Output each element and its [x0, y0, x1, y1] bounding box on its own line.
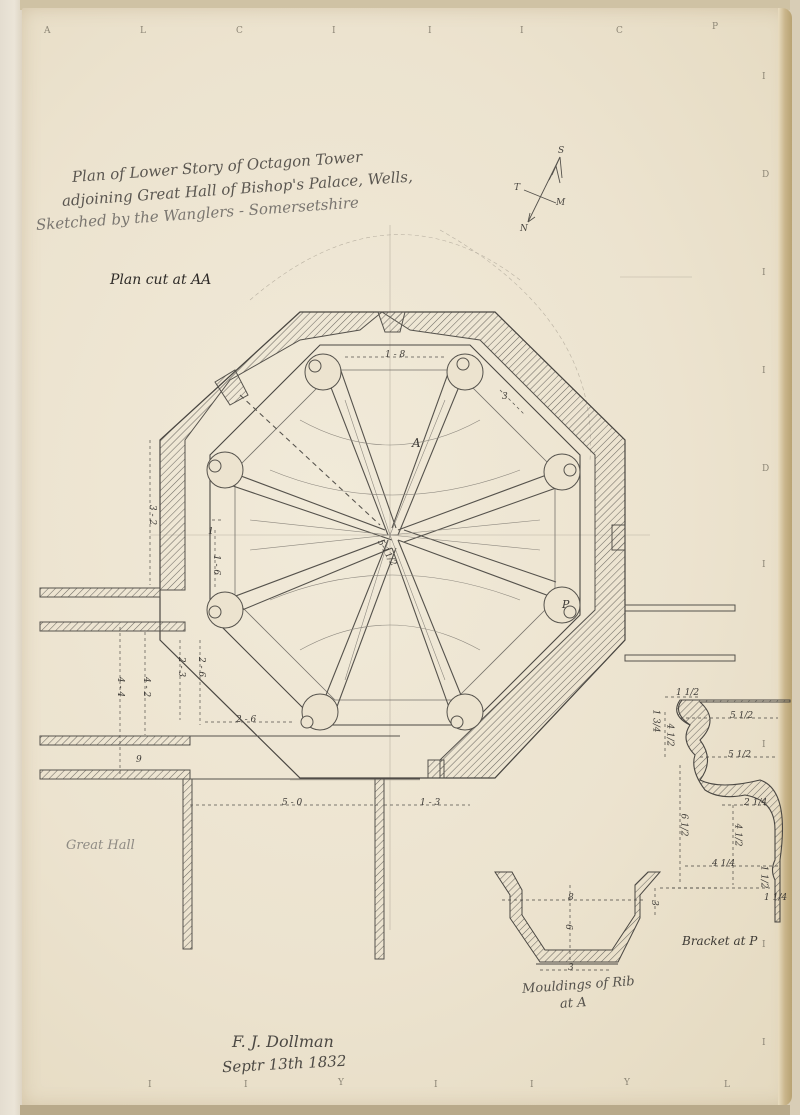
dim-bottom-left-span: 5 - 0 [282, 798, 302, 808]
bracket-dim-top: 1 1/2 [676, 688, 699, 698]
great-hall-label: Great Hall [66, 838, 135, 853]
bracket-dim-span-4: 4 1/4 [712, 859, 735, 869]
vault-ribs [225, 368, 560, 712]
margin-mark-right: I [762, 740, 766, 750]
margin-mark-bottom: I [148, 1080, 152, 1090]
dim-left-lower-b: 4 - 2 [141, 677, 151, 697]
margin-mark-top: I [428, 26, 432, 36]
bracket-profile [665, 697, 790, 922]
margin-mark-right: I [762, 1038, 766, 1048]
signature: F. J. Dollman [232, 1032, 334, 1051]
compass-rose-icon [524, 157, 562, 222]
margin-mark-bottom: I [244, 1080, 248, 1090]
bracket-dim-span-1: 5 1/2 [730, 711, 753, 721]
dim-left-inner-small: 1 [208, 527, 214, 537]
rib-dim-side: 3 [649, 900, 659, 906]
section-marker-a: A [412, 436, 421, 450]
rib-dim-height: 6 [563, 924, 573, 930]
margin-mark-top: I [520, 26, 524, 36]
plan-caption: Plan cut at AA [110, 272, 211, 288]
bracket-dim-inner-height: 4 1/2 [733, 823, 743, 846]
dim-left-lower-d: 2 - 6 [196, 657, 206, 677]
margin-mark-bottom: Y [624, 1078, 630, 1088]
compass-label-top: S [558, 146, 564, 156]
margin-mark-top: C [236, 26, 243, 36]
margin-mark-right: I [762, 366, 766, 376]
dim-left-lower-c: 2 - 3 [176, 657, 186, 677]
margin-mark-bottom: I [434, 1080, 438, 1090]
margin-mark-bottom: I [530, 1080, 534, 1090]
dim-bottom-inner: 2 - 6 [236, 715, 256, 725]
compass-label-bottom: N [520, 224, 528, 234]
compass-label-right: M [556, 198, 565, 208]
dim-upper-right: 3 [502, 392, 508, 402]
margin-mark-top: I [332, 26, 336, 36]
bracket-dim-span-2: 5 1/2 [728, 750, 751, 760]
dim-left-lower-a: 4 - 4 [115, 677, 125, 697]
margin-mark-top: A [44, 26, 51, 36]
dim-left-lower-e: 9 [136, 755, 142, 765]
margin-mark-right: D [762, 464, 769, 474]
margin-mark-right: D [762, 170, 769, 180]
dim-bottom-right-span: 1 - 3 [420, 798, 440, 808]
bracket-dim-corner: 1 1/4 [764, 893, 787, 903]
vault-web [250, 400, 540, 680]
bracket-dim-span-3: 2 1/4 [744, 798, 767, 808]
compass-label-left: T [514, 183, 520, 193]
margin-mark-top: L [140, 26, 146, 36]
bracket-dim-left-height: 4 1/2 [665, 723, 675, 746]
rib-dim-width-bottom: 3 [568, 963, 574, 973]
margin-mark-right: I [762, 560, 766, 570]
margin-mark-top: P [712, 22, 718, 32]
rib-dim-width-top: 8 [568, 893, 574, 903]
corner-columns [207, 354, 580, 730]
bracket-dim-lower-right: 1 1/2 [759, 865, 769, 888]
margin-mark-bottom: Y [338, 1078, 344, 1088]
point-marker-p: P [562, 598, 569, 611]
margin-mark-top: C [616, 26, 623, 36]
rib-moulding-section [495, 872, 720, 970]
margin-mark-right: I [762, 72, 766, 82]
margin-mark-bottom: L [724, 1080, 730, 1090]
margin-mark-right: I [762, 268, 766, 278]
dim-left-inner-column: 1 - 6 [211, 555, 221, 575]
adjoining-walls [40, 588, 735, 959]
bracket-caption: Bracket at P [682, 934, 757, 948]
rib-moulding-caption-2: at A [560, 995, 587, 1012]
dim-top-span: 1 - 8 [385, 350, 405, 360]
margin-mark-right: I [762, 940, 766, 950]
dim-left-upper-height: 3 - 2 [147, 505, 157, 525]
bracket-dim-upper-left: 1 3/4 [651, 709, 661, 732]
bracket-dim-mid-height: 6 1/2 [679, 813, 689, 836]
